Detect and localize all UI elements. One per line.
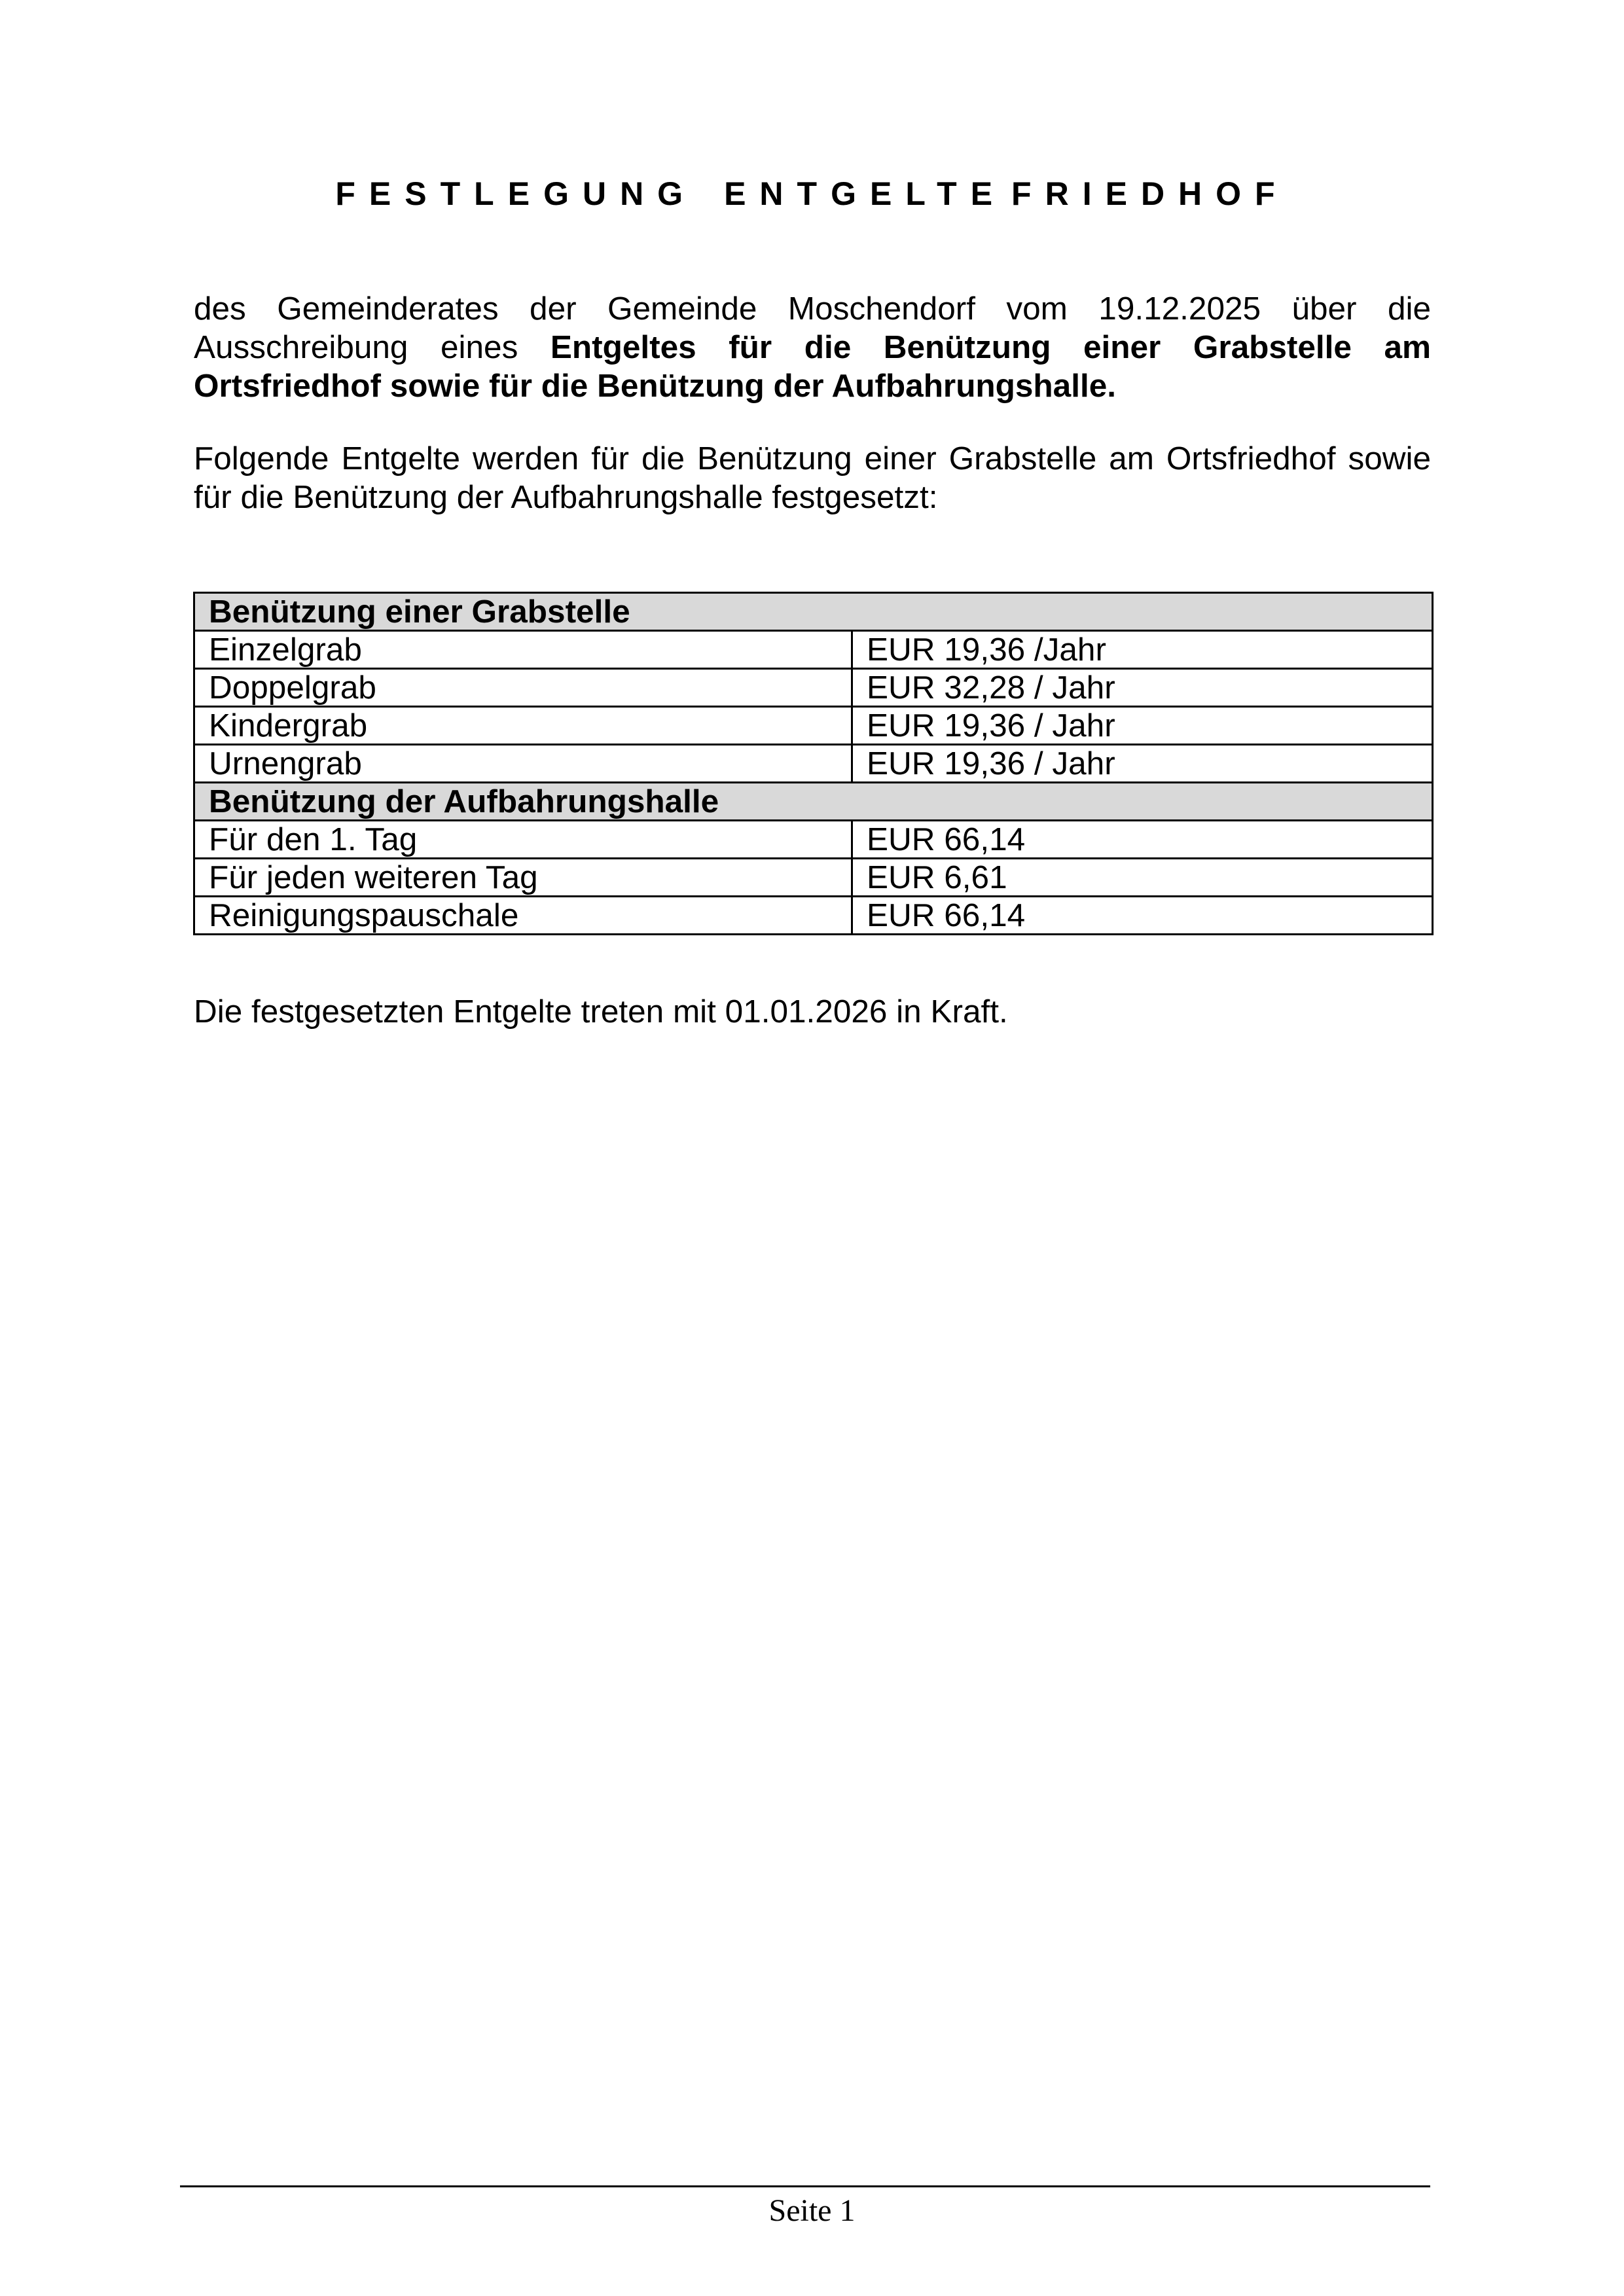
table-row: Urnengrab EUR 19,36 / Jahr [194,745,1433,783]
fee-amount: EUR 32,28 / Jahr [852,669,1433,707]
fee-item: Einzelgrab [194,631,852,669]
title-word-3: FRIEDHOF [1011,174,1289,213]
section-header-grabstelle: Benützung einer Grabstelle [194,593,1433,631]
table-row: Für jeden weiteren Tag EUR 6,61 [194,859,1433,897]
footer-divider [180,2185,1430,2187]
fee-item: Urnengrab [194,745,852,783]
title-word-1: FESTLEGUNG [335,174,696,213]
lead-paragraph: Folgende Entgelte werden für die Benützu… [194,439,1431,516]
fee-amount: EUR 6,61 [852,859,1433,897]
fee-amount: EUR 19,36 / Jahr [852,745,1433,783]
fee-amount: EUR 19,36 / Jahr [852,707,1433,745]
effective-date-paragraph: Die festgesetzten Entgelte treten mit 01… [194,992,1431,1031]
intro-paragraph: des Gemeinderates der Gemeinde Moschendo… [194,289,1431,405]
fee-item: Kindergrab [194,707,852,745]
fee-amount: EUR 66,14 [852,897,1433,935]
table-row: Reinigungspauschale EUR 66,14 [194,897,1433,935]
table-row: Einzelgrab EUR 19,36 /Jahr [194,631,1433,669]
fee-amount: EUR 66,14 [852,821,1433,859]
section-heading: Benützung der Aufbahrungshalle [194,783,1433,821]
fee-item: Reinigungspauschale [194,897,852,935]
table-row: Für den 1. Tag EUR 66,14 [194,821,1433,859]
fee-amount: EUR 19,36 /Jahr [852,631,1433,669]
section-header-aufbahrungshalle: Benützung der Aufbahrungshalle [194,783,1433,821]
section-heading: Benützung einer Grabstelle [194,593,1433,631]
page-number: Seite 1 [0,2193,1624,2229]
page-title: FESTLEGUNGENTGELTEFRIEDHOF [0,174,1624,213]
fee-item: Doppelgrab [194,669,852,707]
table-row: Kindergrab EUR 19,36 / Jahr [194,707,1433,745]
title-word-2: ENTGELTE [724,174,1006,213]
table-row: Doppelgrab EUR 32,28 / Jahr [194,669,1433,707]
fee-item: Für jeden weiteren Tag [194,859,852,897]
fee-table: Benützung einer Grabstelle Einzelgrab EU… [193,592,1434,935]
fee-item: Für den 1. Tag [194,821,852,859]
